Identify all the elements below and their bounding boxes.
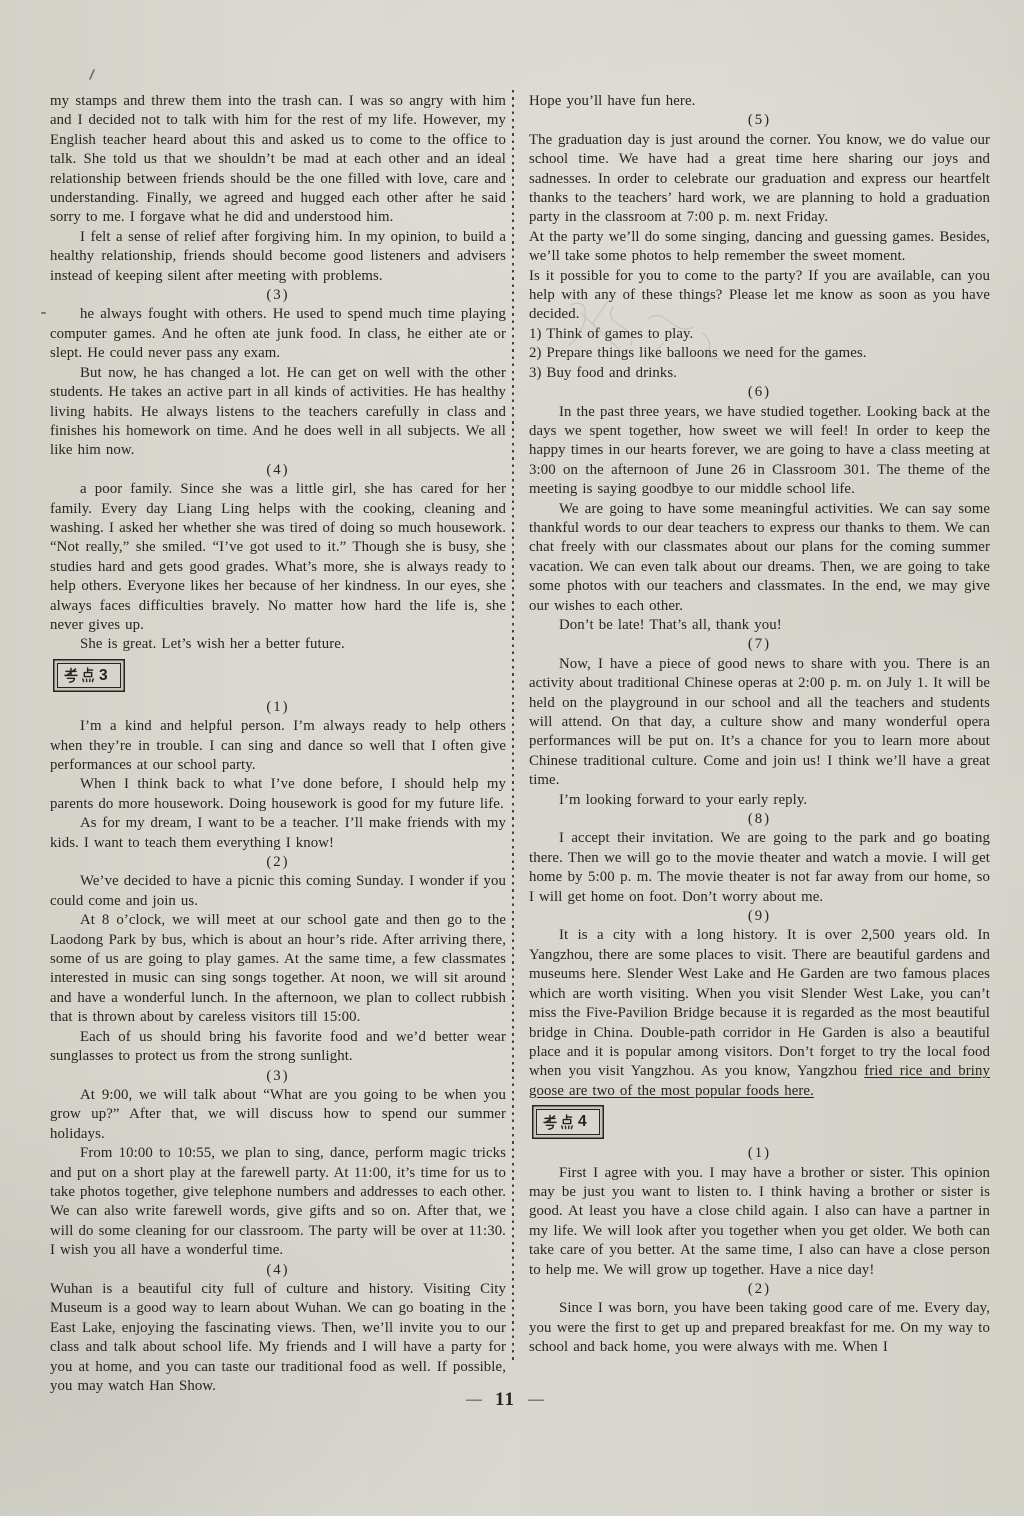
paragraph: Since I was born, you have been taking g… — [529, 1299, 990, 1357]
paragraph: At 8 o’clock, we will meet at our school… — [50, 911, 506, 1027]
section-number-heading: (3) — [50, 286, 506, 305]
paragraph: I felt a sense of relief after forgiving… — [50, 228, 506, 286]
paragraph: First I agree with you. I may have a bro… — [529, 1164, 990, 1280]
section-number-heading: (4) — [50, 1261, 506, 1280]
test-point-number: 3 — [99, 666, 108, 685]
footer-right-dash: — — [528, 1391, 544, 1409]
left-column: my stamps and threw them into the trash … — [50, 92, 506, 1396]
footer-left-dash: — — [466, 1391, 482, 1409]
paragraph: he always fought with others. He used to… — [50, 305, 506, 363]
section-number-heading: (2) — [50, 853, 506, 872]
section-number-heading: (2) — [529, 1280, 990, 1299]
paragraph: She is great. Let’s wish her a better fu… — [50, 635, 506, 654]
paragraph: Hope you’ll have fun here. — [529, 92, 990, 111]
kao-character-glyph — [542, 1114, 558, 1130]
dian-character-glyph — [80, 667, 96, 683]
test-point-number: 4 — [578, 1112, 587, 1131]
page-number: 11 — [495, 1389, 515, 1411]
paragraph: But now, he has changed a lot. He can ge… — [50, 364, 506, 461]
paragraph: The graduation day is just around the co… — [529, 131, 990, 228]
paragraph: I’m looking forward to your early reply. — [529, 791, 990, 810]
pencil-scribble-mark — [553, 293, 813, 371]
test-point-badge: 3 — [57, 663, 121, 688]
section-number-heading: (1) — [529, 1144, 990, 1163]
section-number-heading: (6) — [529, 383, 990, 402]
stray-ink-dot — [41, 312, 46, 314]
underlined-text: fried rice and briny goose are two of th… — [529, 1063, 990, 1098]
test-point-row: 3 — [52, 663, 506, 691]
paragraph: In the past three years, we have studied… — [529, 403, 990, 500]
paragraph: When I think back to what I’ve done befo… — [50, 775, 506, 814]
test-point-row: 4 — [531, 1109, 990, 1137]
right-column: Hope you’ll have fun here.(5)The graduat… — [529, 92, 990, 1358]
section-number-heading: (3) — [50, 1067, 506, 1086]
kao-character-glyph — [63, 667, 79, 683]
section-number-heading: (7) — [529, 635, 990, 654]
page-footer: — 11 — — [0, 1389, 1010, 1411]
paragraph: From 10:00 to 10:55, we plan to sing, da… — [50, 1144, 506, 1260]
paragraph: Each of us should bring his favorite foo… — [50, 1028, 506, 1067]
section-number-heading: (1) — [50, 698, 506, 717]
paragraph: At the party we’ll do some singing, danc… — [529, 228, 990, 267]
paragraph: Wuhan is a beautiful city full of cultur… — [50, 1280, 506, 1396]
paragraph: We’ve decided to have a picnic this comi… — [50, 872, 506, 911]
test-point-badge: 4 — [536, 1109, 600, 1134]
paragraph: Now, I have a piece of good news to shar… — [529, 655, 990, 791]
paragraph: my stamps and threw them into the trash … — [50, 92, 506, 228]
paragraph: At 9:00, we will talk about “What are yo… — [50, 1086, 506, 1144]
paragraph: I accept their invitation. We are going … — [529, 829, 990, 907]
column-divider-dotted-line — [512, 90, 514, 1362]
paragraph: We are going to have some meaningful act… — [529, 500, 990, 616]
paragraph: It is a city with a long history. It is … — [529, 926, 990, 1101]
pen-tick-mark — [86, 68, 98, 82]
section-number-heading: (4) — [50, 461, 506, 480]
dian-character-glyph — [559, 1114, 575, 1130]
section-number-heading: (5) — [529, 111, 990, 130]
paragraph: a poor family. Since she was a little gi… — [50, 480, 506, 635]
section-number-heading: (8) — [529, 810, 990, 829]
section-number-heading: (9) — [529, 907, 990, 926]
paragraph: As for my dream, I want to be a teacher.… — [50, 814, 506, 853]
paragraph: Don’t be late! That’s all, thank you! — [529, 616, 990, 635]
paragraph: I’m a kind and helpful person. I’m alway… — [50, 717, 506, 775]
